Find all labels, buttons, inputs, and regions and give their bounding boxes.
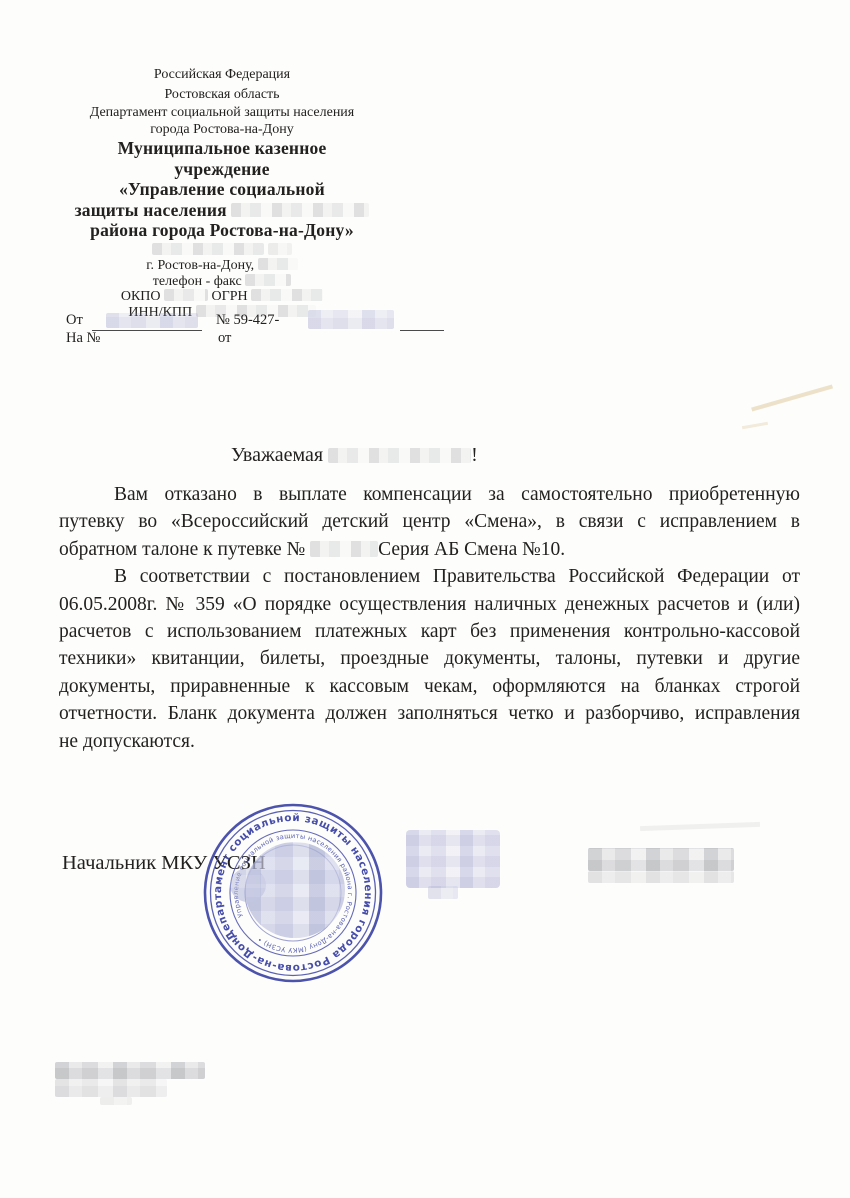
executor-info-redaction [100,1097,132,1105]
body-line: техники» квитанции, билеты, проездные до… [59,645,800,672]
okpo-label: ОКПО [121,289,161,304]
signature-ink-redaction [428,886,458,899]
body-line-text: обратном талоне к путевке № [59,539,305,560]
executor-info-redaction [55,1079,167,1097]
phone-redaction [245,274,291,286]
signatory-name-redaction [588,871,734,883]
body-line: не допускаются. [59,728,800,755]
recipient-name-redaction [328,448,471,463]
underline [400,314,444,331]
okpo-ogrn-line: ОКПО ОГРН [55,289,389,305]
signature-ink-redaction [406,830,500,888]
body-line: В соответствии с постановлением Правител… [59,563,800,590]
address-line [55,243,389,259]
phone-fax-line: телефон - факс [55,274,389,290]
body-line: обратном талоне к путевке № Серия АБ Сме… [59,536,800,563]
body-line: расчетов с использованием платежных карт… [59,618,800,645]
contact-block: г. Ростов-на-Дону, телефон - факс ОКПО О… [55,243,389,321]
address-redaction [268,243,292,255]
body-line: Вам отказано в выплате компенсации за са… [59,481,800,508]
country-line: Российская Федерация [55,64,389,85]
salutation-text: Уважаемая [231,444,323,466]
okpo-redaction [164,289,208,301]
document-page: Российская Федерация Ростовская область … [0,0,850,1198]
department-line-1: Департамент социальной защиты населения [55,104,389,121]
ogrn-label: ОГРН [212,289,248,304]
city-line: г. Ростов-на-Дону, [55,258,389,274]
scratch-mark [742,422,768,429]
body-line-text: Серия АБ Смена №10. [378,539,565,560]
reference-block: От № 59-427- На № от [66,312,448,350]
region-line: Ростовская область [55,85,389,104]
org-name-line: учреждение [55,159,389,180]
department-line-2: города Ростова-на-Дону [55,121,389,138]
ogrn-redaction [251,289,323,301]
district-name-redaction [231,203,369,217]
org-name-line: защиты населения [55,200,389,221]
body-line: 06.05.2008г. № 359 «О порядке осуществле… [59,591,800,618]
stamp-center-redaction [230,868,266,902]
outgoing-date-redaction [106,313,198,328]
salutation: Уважаемая ! [231,444,478,467]
address-redaction [152,243,264,255]
org-name-line-text: защиты населения [75,200,227,220]
salutation-exclamation: ! [471,444,478,466]
incoming-date-label: от [218,330,231,347]
body-line: путевку во «Всероссийский детский центр … [59,508,800,535]
letter-body: Вам отказано в выплате компенсации за са… [59,481,800,755]
address-redaction [258,258,298,270]
outgoing-date-label: От [66,312,83,329]
org-name-line: «Управление социальной [55,179,389,200]
incoming-number-label: На № [66,330,100,347]
scratch-mark [751,384,833,411]
scan-smudge [640,822,760,831]
body-line: отчетности. Бланк документа должен запол… [59,700,800,727]
voucher-number-redaction [310,541,378,557]
body-line: документы, приравненные к кассовым чекам… [59,673,800,700]
outgoing-number: № 59-427- [216,312,279,329]
signatory-name-redaction [588,848,734,871]
city-text: г. Ростов-на-Дону, [146,258,254,273]
org-name-line: района города Ростова-на-Дону» [55,220,389,241]
executor-info-redaction [55,1062,205,1079]
organization-name: Муниципальное казенное учреждение «Управ… [55,138,389,241]
phone-fax-label: телефон - факс [153,274,242,289]
letterhead: Российская Федерация Ростовская область … [55,64,389,320]
org-name-line: Муниципальное казенное [55,138,389,159]
outgoing-number-redaction [308,310,394,329]
